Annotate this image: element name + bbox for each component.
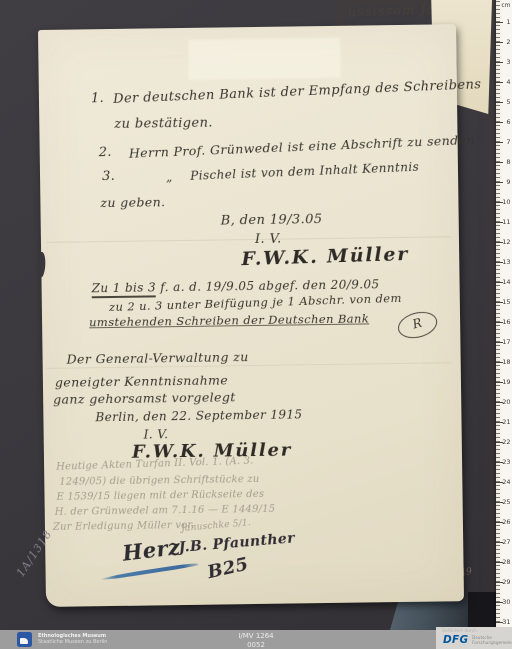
torn-edge-notch: [37, 252, 46, 278]
ruler-cm-number: 15: [502, 298, 510, 306]
ruler-cm-number: 24: [502, 478, 510, 486]
ruler-cm-number: 17: [502, 338, 510, 346]
signature-flourish-2: J.B. Pfaunther: [178, 530, 295, 556]
signature-flourish-1: Herz: [121, 534, 181, 566]
dfg-funded-by-label: Gefördert durch: [442, 628, 477, 633]
ruler-cm-number: 1: [506, 18, 510, 26]
pencil-note-line: Heutige Akten Turfan II. Vol. 1. (A. 3.: [56, 456, 254, 473]
ruler-cm-number: 3: [506, 58, 510, 66]
list-number-3: 3.: [102, 169, 115, 184]
ruler-cm-tick: [496, 182, 503, 183]
pencil-note-line: Zur Erledigung Müller vor.: [53, 520, 195, 533]
signature-mueller-1: F.W.K. Müller: [241, 243, 409, 270]
pencil-note-line: E 1539/15 liegen mit der Rückseite des: [56, 489, 264, 503]
blue-pencil-underline: [101, 562, 198, 580]
dfg-logo: DFG: [443, 634, 468, 646]
ruler-cm-tick: [496, 42, 503, 43]
ruler-cm-number: 8: [506, 158, 510, 166]
ruler-cm-number: 9: [506, 178, 510, 186]
ruler-cm-number: 16: [502, 318, 510, 326]
ruler-unit-label: cm: [501, 2, 510, 9]
scan-viewer-stage: ussissom Ja 48 49 1. Der deutschen Bank …: [0, 0, 512, 649]
inventory-id: I/MV 1264: [216, 632, 296, 641]
scan-page-number: 0052: [216, 641, 296, 649]
signature-flourish-3: B25: [205, 554, 250, 584]
pencil-note-line: H. der Grünwedel am 7.1.16 — E 1449/15: [55, 504, 276, 518]
ruler-cm-number: 7: [506, 138, 510, 146]
letter-line: ganz gehorsamst vorgelegt: [53, 389, 236, 407]
ruler-cm-number: 27: [502, 538, 510, 546]
ruler-cm-number: 13: [502, 258, 510, 266]
ruler-cm-number: 26: [502, 518, 510, 526]
list-number-2: 2.: [99, 145, 112, 160]
ruler-cm-number: 21: [502, 418, 510, 426]
ruler-cm-tick: [496, 82, 503, 83]
ruler-cm-number: 23: [502, 458, 510, 466]
museum-caption: Ethnologisches Museum Staatliche Museen …: [38, 633, 107, 645]
letter-line: zu bestätigen.: [114, 116, 213, 132]
letter-line: Der deutschen Bank ist der Empfang des S…: [113, 77, 482, 107]
letter-line: Der General-Verwaltung zu: [66, 349, 248, 367]
letter-date-1: B, den 19/3.05: [221, 212, 323, 228]
ruler-cm-number: 6: [506, 118, 510, 126]
ruler-cm-tick: [496, 162, 503, 163]
ruler-cm-number: 18: [502, 358, 510, 366]
letter-date-2: Berlin, den 22. September 1915: [95, 407, 302, 424]
ruler-cm-number: 29: [502, 578, 510, 586]
ruler-cm-number: 12: [502, 238, 510, 246]
dfg-name: Deutsche Forschungsgemeinschaft: [472, 635, 512, 645]
ruler-cm-number: 11: [502, 218, 510, 226]
ruler-cm-number: 5: [506, 98, 510, 106]
circled-r-mark: R: [395, 308, 440, 342]
museum-subtitle: Staatliche Museen zu Berlin: [38, 639, 107, 645]
filing-note-underlined: Zu 1 bis 3: [92, 280, 157, 298]
ruler-scale: cm 1234567891011121314151617181920212223…: [496, 0, 512, 630]
ruler-cm-number: 14: [502, 278, 510, 286]
ruler-cm-number: 20: [502, 398, 510, 406]
ruler-cm-number: 4: [506, 78, 510, 86]
ruler-cm-tick: [496, 142, 503, 143]
paper-light-patch: [188, 38, 341, 80]
filing-note-line: umstehenden Schreiben der Deutschen Bank: [89, 311, 369, 329]
footer-center-caption: I/MV 1264 0052: [216, 632, 296, 649]
ruler-cm-number: 2: [506, 38, 510, 46]
ruler-cm-number: 25: [502, 498, 510, 506]
letter-line: geneigter Kenntnisnahme: [55, 372, 228, 389]
dfg-logo-box: Gefördert durch DFG Deutsche Forschungsg…: [436, 627, 512, 649]
dark-corner: [468, 592, 498, 630]
in-vertretung-2: I. V.: [144, 427, 169, 441]
ruler-cm-tick: [496, 102, 503, 103]
pencil-note-line: 1249/05) die übrigen Schriftstücke zu: [59, 474, 259, 488]
paper-crease: [47, 236, 451, 243]
letter-line: zu geben.: [100, 194, 165, 210]
ruler-cm-number: 19: [502, 378, 510, 386]
ruler-cm-tick: [496, 122, 503, 123]
document-page: 1. Der deutschen Bank ist der Empfang de…: [38, 24, 464, 607]
ruler-mm-ticks: [496, 1, 500, 625]
in-vertretung-1: I. V.: [255, 232, 282, 247]
dfg-name-line2: Forschungsgemeinschaft: [472, 640, 512, 645]
letter-line: Herrn Prof. Grünwedel ist eine Abschrift…: [129, 132, 475, 161]
ruler-cm-tick: [496, 22, 503, 23]
ruler-cm-number: 10: [502, 198, 510, 206]
letter-line: Pischel ist von dem Inhalt Kenntnis: [190, 160, 419, 183]
museum-logo-icon: [17, 632, 32, 647]
list-number-1: 1.: [91, 91, 104, 106]
ruler-cm-number: 30: [502, 598, 510, 606]
ruler-cm-number: 31: [502, 618, 510, 626]
ruler-cm-tick: [496, 62, 503, 63]
back-sheet-handwriting: ussissom Ja: [348, 2, 436, 20]
ruler-cm-number: 28: [502, 558, 510, 566]
ditto-mark: „: [166, 170, 173, 184]
ruler-cm-number: 22: [502, 438, 510, 446]
